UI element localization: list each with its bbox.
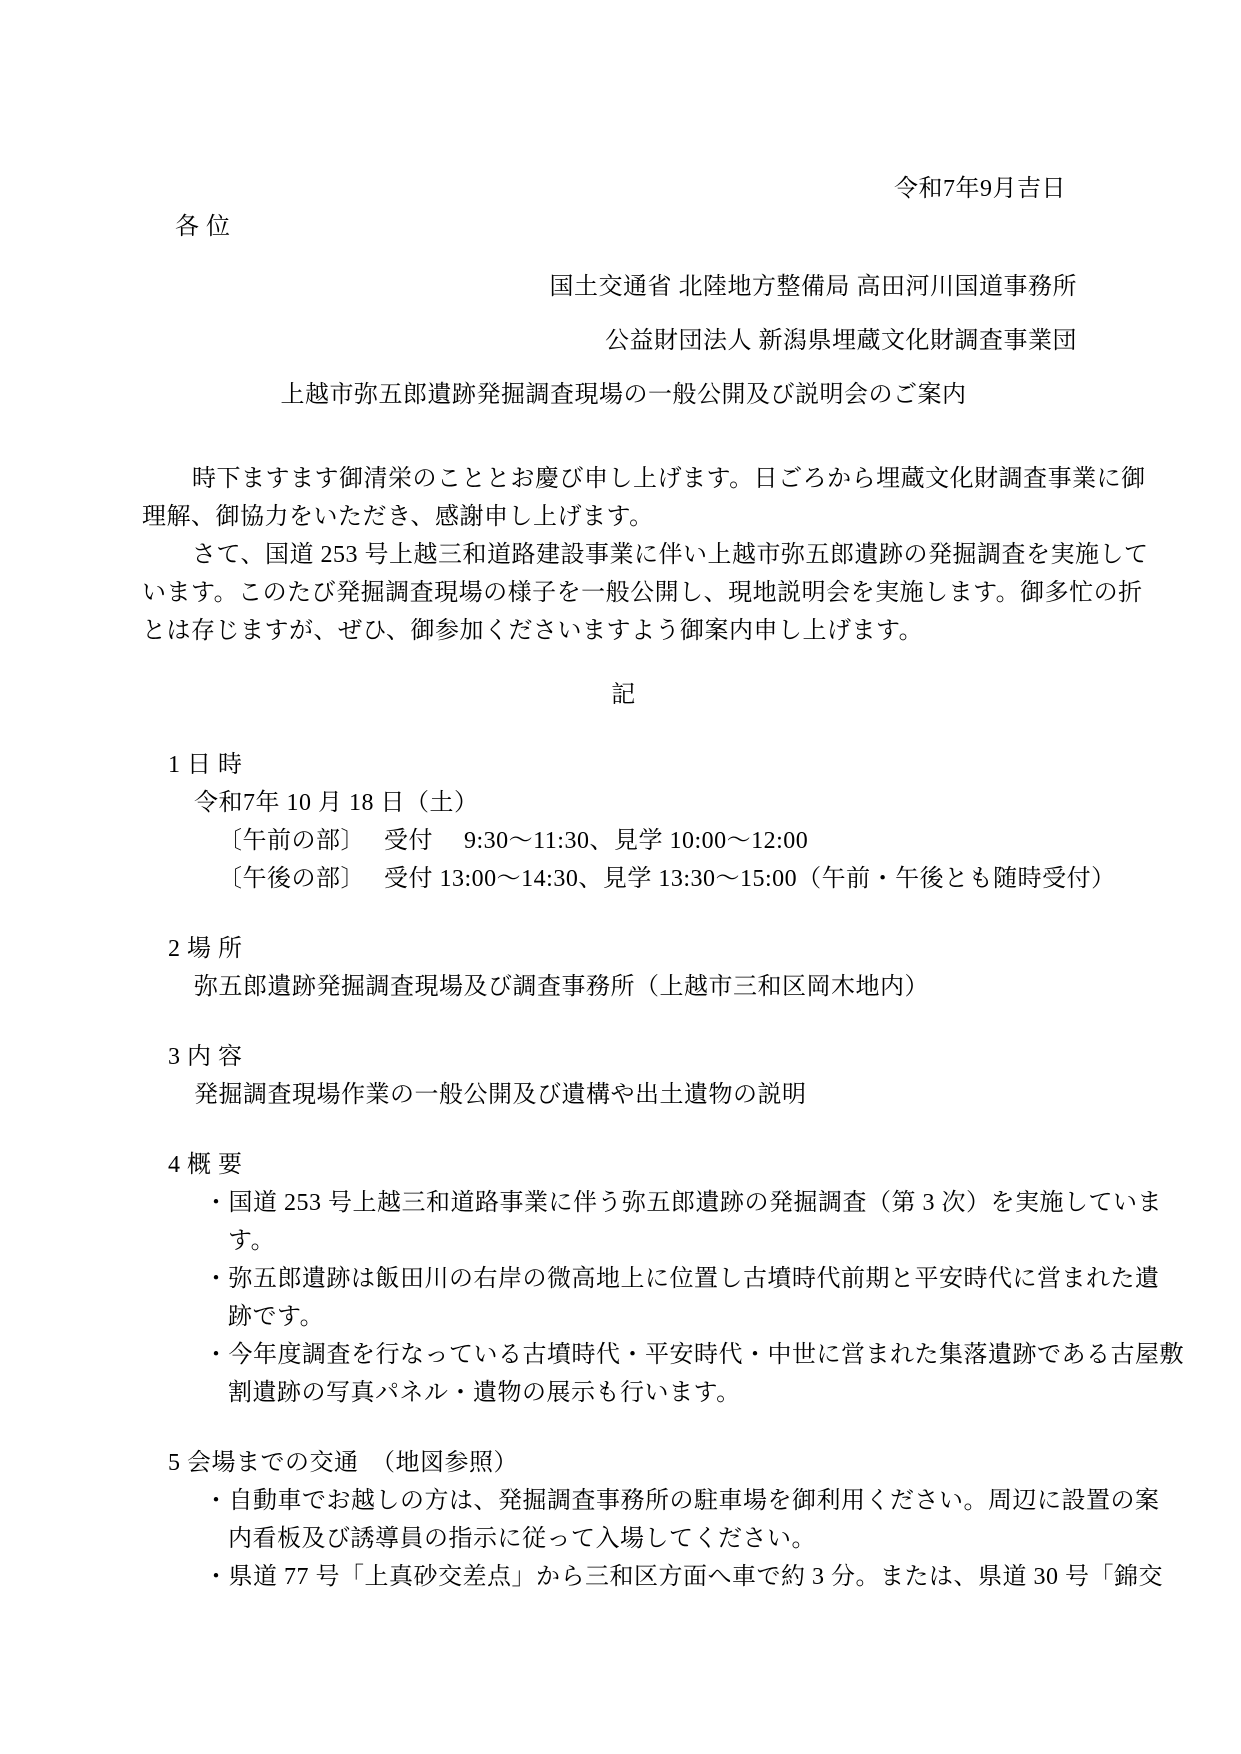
overview-bullet-1-line-2: す。 — [142, 1222, 1105, 1260]
section-overview-heading: 4 概 要 — [142, 1146, 1105, 1184]
sender-foundation: 公益財団法人 新潟県埋蔵文化財調査事業団 — [142, 314, 1105, 368]
announcement-line-1: さて、国道 253 号上越三和道路建設事業に伴い上越市弥五郎遺跡の発掘調査を実施… — [142, 536, 1105, 574]
section-overview: 4 概 要 ・国道 253 号上越三和道路事業に伴う弥五郎遺跡の発掘調査（第 3… — [142, 1146, 1105, 1412]
overview-bullet-1-line-1: ・国道 253 号上越三和道路事業に伴う弥五郎遺跡の発掘調査（第 3 次）を実施… — [142, 1184, 1105, 1222]
section-datetime: 1 日 時 令和7年 10 月 18 日（土） 〔午前の部〕 受付 9:30～1… — [142, 746, 1105, 898]
document-page: 令和7年9月吉日 各 位 国土交通省 北陸地方整備局 高田河川国道事務所 公益財… — [0, 0, 1241, 1754]
greeting-line-2: 理解、御協力をいただき、感謝申し上げます。 — [142, 498, 1105, 536]
section-access: 5 会場までの交通 （地図参照） ・自動車でお越しの方は、発掘調査事務所の駐車場… — [142, 1444, 1105, 1596]
section-place-heading: 2 場 所 — [142, 930, 1105, 968]
announcement-line-2: います。このたび発掘調査現場の様子を一般公開し、現地説明会を実施します。御多忙の… — [142, 574, 1105, 612]
access-bullet-2-line-1: ・県道 77 号「上真砂交差点」から三和区方面へ車で約 3 分。または、県道 3… — [142, 1558, 1105, 1596]
overview-bullet-3-line-2: 割遺跡の写真パネル・遺物の展示も行います。 — [142, 1374, 1105, 1412]
section-contents-heading: 3 内 容 — [142, 1038, 1105, 1076]
issue-date: 令和7年9月吉日 — [142, 170, 1105, 208]
access-bullet-1-line-1: ・自動車でお越しの方は、発掘調査事務所の駐車場を御利用ください。周辺に設置の案 — [142, 1482, 1105, 1520]
section-place: 2 場 所 弥五郎遺跡発掘調査現場及び調査事務所（上越市三和区岡木地内） — [142, 930, 1105, 1006]
document-title: 上越市弥五郎遺跡発掘調査現場の一般公開及び説明会のご案内 — [142, 368, 1105, 422]
sender-block: 国土交通省 北陸地方整備局 高田河川国道事務所 公益財団法人 新潟県埋蔵文化財調… — [142, 260, 1105, 368]
section-datetime-heading: 1 日 時 — [142, 746, 1105, 784]
event-date: 令和7年 10 月 18 日（土） — [142, 784, 1105, 822]
section-contents: 3 内 容 発掘調査現場作業の一般公開及び遺構や出土遺物の説明 — [142, 1038, 1105, 1114]
addressee: 各 位 — [142, 208, 1105, 246]
greeting-line-1: 時下ますます御清栄のこととお慶び申し上げます。日ごろから埋蔵文化財調査事業に御 — [142, 460, 1105, 498]
contents-detail: 発掘調査現場作業の一般公開及び遺構や出土遺物の説明 — [142, 1076, 1105, 1114]
venue-detail: 弥五郎遺跡発掘調査現場及び調査事務所（上越市三和区岡木地内） — [142, 968, 1105, 1006]
afternoon-session: 〔午後の部〕 受付 13:00～14:30、見学 13:30～15:00（午前・… — [142, 860, 1105, 898]
overview-bullet-2-line-2: 跡です。 — [142, 1298, 1105, 1336]
greeting-paragraph: 時下ますます御清栄のこととお慶び申し上げます。日ごろから埋蔵文化財調査事業に御 … — [142, 460, 1105, 536]
overview-bullet-3-line-1: ・今年度調査を行なっている古墳時代・平安時代・中世に営まれた集落遺跡である古屋敷 — [142, 1336, 1105, 1374]
sender-ministry: 国土交通省 北陸地方整備局 高田河川国道事務所 — [142, 260, 1105, 314]
announcement-paragraph: さて、国道 253 号上越三和道路建設事業に伴い上越市弥五郎遺跡の発掘調査を実施… — [142, 536, 1105, 650]
announcement-line-3: とは存じますが、ぜひ、御参加くださいますよう御案内申し上げます。 — [142, 612, 1105, 650]
section-access-heading: 5 会場までの交通 （地図参照） — [142, 1444, 1105, 1482]
morning-session: 〔午前の部〕 受付 9:30～11:30、見学 10:00～12:00 — [142, 822, 1105, 860]
record-marker: 記 — [142, 676, 1105, 714]
access-bullet-1-line-2: 内看板及び誘導員の指示に従って入場してください。 — [142, 1520, 1105, 1558]
overview-bullet-2-line-1: ・弥五郎遺跡は飯田川の右岸の微高地上に位置し古墳時代前期と平安時代に営まれた遺 — [142, 1260, 1105, 1298]
